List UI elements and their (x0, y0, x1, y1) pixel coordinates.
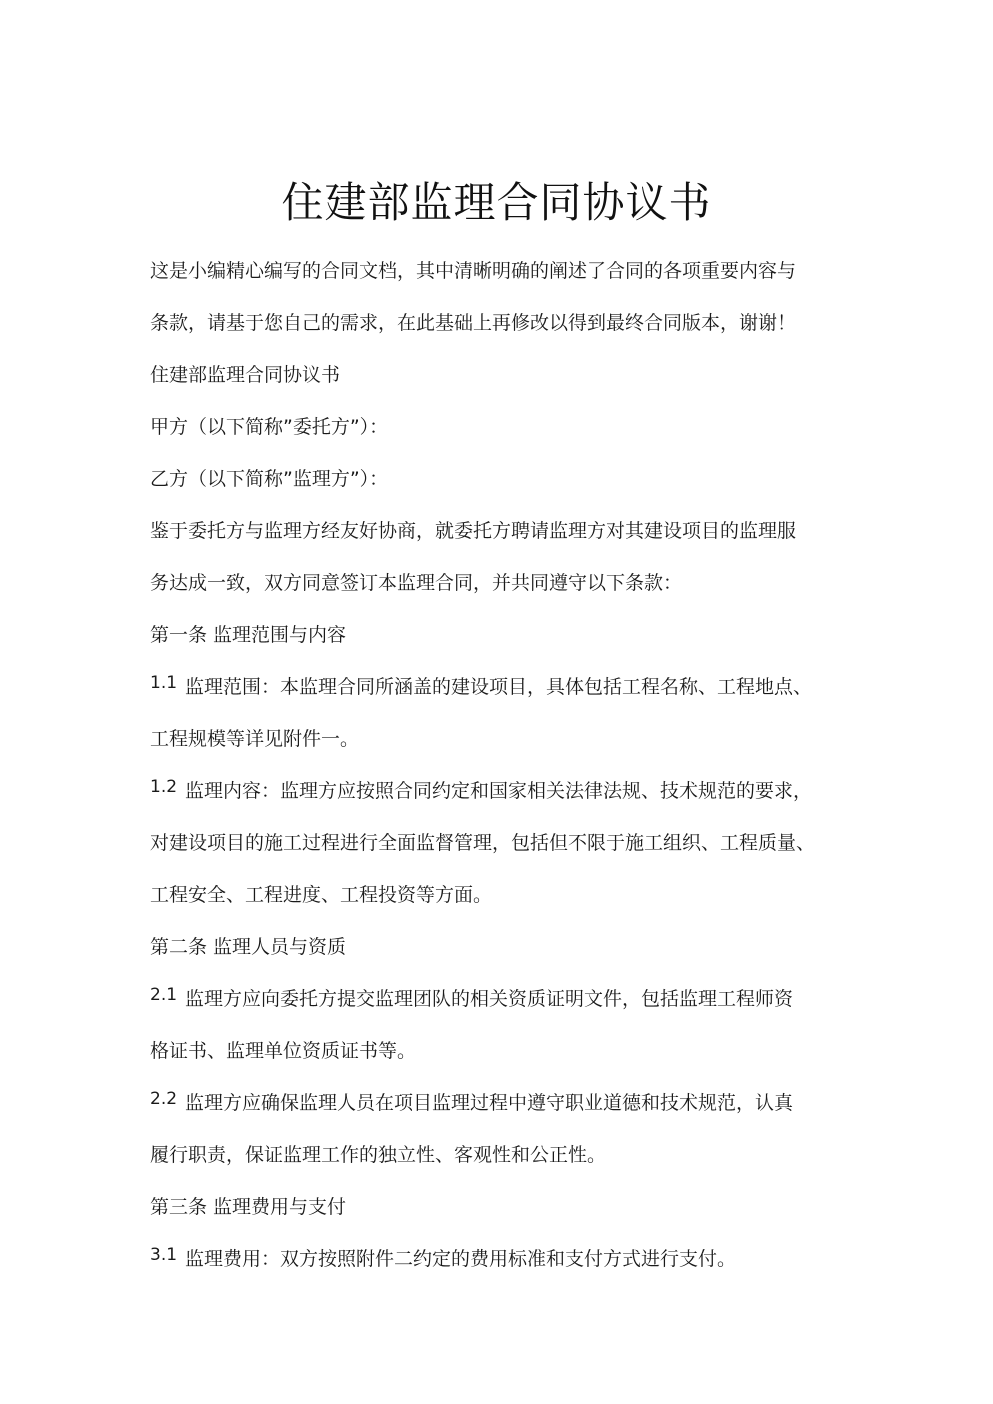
line-text: 格证书、监理单位资质证书等。 (150, 1040, 416, 1062)
paragraph-line: 1.1监理范围：本监理合同所涵盖的建设项目，具体包括工程名称、工程地点、 (150, 674, 812, 701)
paragraph-line: 住建部监理合同协议书 (150, 362, 340, 388)
paragraph-line: 第三条 监理费用与支付 (150, 1194, 346, 1220)
paragraph-line: 务达成一致，双方同意签订本监理合同，并共同遵守以下条款： (150, 570, 682, 596)
paragraph-line: 格证书、监理单位资质证书等。 (150, 1038, 416, 1064)
paragraph-line: 3.1监理费用：双方按照附件二约定的费用标准和支付方式进行支付。 (150, 1246, 736, 1273)
line-text: 乙方（以下简称”监理方”）： (150, 468, 388, 490)
line-text: 工程规模等详见附件一。 (150, 728, 359, 750)
line-text: 第一条 监理范围与内容 (150, 624, 346, 646)
clause-number: 1.2 (150, 777, 177, 797)
line-text: 监理内容：监理方应按照合同约定和国家相关法律法规、技术规范的要求， (185, 780, 812, 802)
paragraph-line: 2.1监理方应向委托方提交监理团队的相关资质证明文件，包括监理工程师资 (150, 986, 793, 1013)
paragraph-line: 工程安全、工程进度、工程投资等方面。 (150, 882, 492, 908)
paragraph-line: 这是小编精心编写的合同文档，其中清晰明确的阐述了合同的各项重要内容与 (150, 258, 796, 284)
line-text: 监理方应向委托方提交监理团队的相关资质证明文件，包括监理工程师资 (185, 988, 793, 1010)
line-text: 工程安全、工程进度、工程投资等方面。 (150, 884, 492, 906)
paragraph-line: 第一条 监理范围与内容 (150, 622, 346, 648)
line-text: 甲方（以下简称”委托方”）： (150, 416, 388, 438)
clause-number: 2.1 (150, 985, 177, 1005)
paragraph-line: 条款，请基于您自己的需求，在此基础上再修改以得到最终合同版本，谢谢！ (150, 310, 796, 336)
line-text: 监理费用：双方按照附件二约定的费用标准和支付方式进行支付。 (185, 1248, 736, 1270)
paragraph-line: 履行职责，保证监理工作的独立性、客观性和公正性。 (150, 1142, 606, 1168)
clause-number: 3.1 (150, 1245, 177, 1265)
line-text: 这是小编精心编写的合同文档，其中清晰明确的阐述了合同的各项重要内容与 (150, 260, 796, 282)
line-text: 鉴于委托方与监理方经友好协商，就委托方聘请监理方对其建设项目的监理服 (150, 520, 796, 542)
paragraph-line: 甲方（以下简称”委托方”）： (150, 414, 388, 440)
paragraph-line: 2.2监理方应确保监理人员在项目监理过程中遵守职业道德和技术规范，认真 (150, 1090, 793, 1117)
line-text: 住建部监理合同协议书 (150, 364, 340, 386)
line-text: 务达成一致，双方同意签订本监理合同，并共同遵守以下条款： (150, 572, 682, 594)
document-title: 住建部监理合同协议书 (0, 170, 993, 230)
line-text: 履行职责，保证监理工作的独立性、客观性和公正性。 (150, 1144, 606, 1166)
line-text: 第二条 监理人员与资质 (150, 936, 346, 958)
paragraph-line: 对建设项目的施工过程进行全面监督管理，包括但不限于施工组织、工程质量、 (150, 830, 815, 856)
clause-number: 1.1 (150, 673, 177, 693)
paragraph-line: 工程规模等详见附件一。 (150, 726, 359, 752)
line-text: 对建设项目的施工过程进行全面监督管理，包括但不限于施工组织、工程质量、 (150, 832, 815, 854)
clause-number: 2.2 (150, 1089, 177, 1109)
paragraph-line: 乙方（以下简称”监理方”）： (150, 466, 388, 492)
line-text: 第三条 监理费用与支付 (150, 1196, 346, 1218)
paragraph-line: 鉴于委托方与监理方经友好协商，就委托方聘请监理方对其建设项目的监理服 (150, 518, 796, 544)
line-text: 监理范围：本监理合同所涵盖的建设项目，具体包括工程名称、工程地点、 (185, 676, 812, 698)
paragraph-line: 1.2监理内容：监理方应按照合同约定和国家相关法律法规、技术规范的要求， (150, 778, 812, 805)
line-text: 条款，请基于您自己的需求，在此基础上再修改以得到最终合同版本，谢谢！ (150, 312, 796, 334)
paragraph-line: 第二条 监理人员与资质 (150, 934, 346, 960)
line-text: 监理方应确保监理人员在项目监理过程中遵守职业道德和技术规范，认真 (185, 1092, 793, 1114)
